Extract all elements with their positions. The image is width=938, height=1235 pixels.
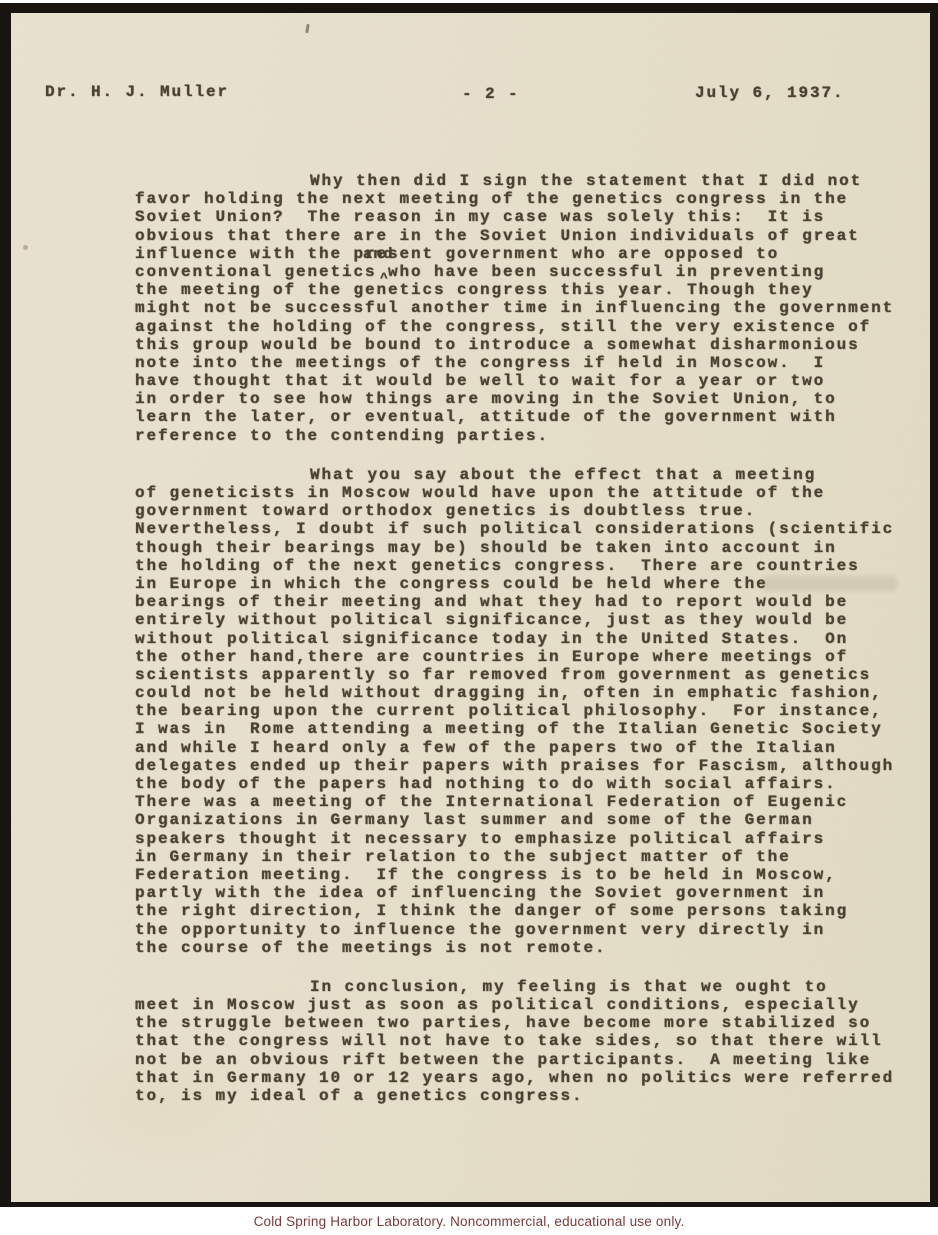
header-addressee: Dr. H. J. Muller: [45, 83, 229, 101]
text-line: not be an obvious rift between the parti…: [135, 1051, 925, 1069]
text-line: in Europe in which the congress could be…: [135, 575, 925, 593]
text-line: In conclusion, my feeling is that we oug…: [135, 978, 925, 996]
text-line: favor holding the next meeting of the ge…: [135, 190, 925, 208]
footer-bar: Cold Spring Harbor Laboratory. Noncommer…: [0, 1207, 938, 1235]
text-line: the struggle between two parties, have b…: [135, 1014, 925, 1032]
text-line: though their bearings may be) should be …: [135, 539, 925, 557]
text-line: There was a meeting of the International…: [135, 793, 925, 811]
text-line: the opportunity to influence the governm…: [135, 921, 925, 939]
header-page-number: - 2 -: [462, 85, 520, 103]
text-line: learn the later, or eventual, attitude o…: [135, 408, 925, 426]
text-line: that the congress will not have to take …: [135, 1032, 925, 1050]
ink-speck: [305, 24, 310, 33]
credit-line: Cold Spring Harbor Laboratory. Noncommer…: [254, 1214, 685, 1229]
text-line: delegates ended up their papers with pra…: [135, 757, 925, 775]
text-line: against the holding of the congress, sti…: [135, 318, 925, 336]
text-line: and while I heard only a few of the pape…: [135, 739, 925, 757]
ink-speck: [23, 245, 28, 250]
header-date: July 6, 1937.: [695, 84, 845, 102]
text-line: partly with the idea of influencing the …: [135, 884, 925, 902]
text-line: meet in Moscow just as soon as political…: [135, 996, 925, 1014]
text-line: Federation meeting. If the congress is t…: [135, 866, 925, 884]
scanned-letter-page: { "scan": { "header": { "addressee": "Dr…: [0, 0, 938, 1235]
text-line: Why then did I sign the statement that I…: [135, 172, 925, 190]
text-line: have thought that it would be well to wa…: [135, 372, 925, 390]
paragraph: Why then did I sign the statement that I…: [135, 172, 925, 445]
text-line: this group would be bound to introduce a…: [135, 336, 925, 354]
text-line: the holding of the next genetics congres…: [135, 557, 925, 575]
text-line: scientists apparently so far removed fro…: [135, 666, 925, 684]
text-line: could not be held without dragging in, o…: [135, 684, 925, 702]
letter-body: and ^ Why then did I sign the statement …: [135, 172, 925, 1126]
text-line: in order to see how things are moving in…: [135, 390, 925, 408]
paragraph: In conclusion, my feeling is that we oug…: [135, 978, 925, 1105]
text-line: bearings of their meeting and what they …: [135, 593, 925, 611]
text-line: might not be successful another time in …: [135, 299, 925, 317]
text-line: in Germany in their relation to the subj…: [135, 848, 925, 866]
text-line: note into the meetings of the congress i…: [135, 354, 925, 372]
text-line: of geneticists in Moscow would have upon…: [135, 484, 925, 502]
text-line: entirely without political significance,…: [135, 611, 925, 629]
insertion-caret-mark: ^: [380, 271, 390, 286]
text-line: I was in Rome attending a meeting of the…: [135, 720, 925, 738]
text-line: What you say about the effect that a mee…: [135, 466, 925, 484]
text-line: to, is my ideal of a genetics congress.: [135, 1087, 925, 1105]
text-line: government toward orthodox genetics is d…: [135, 502, 925, 520]
scan-border: Dr. H. J. Muller - 2 - July 6, 1937. and…: [0, 3, 938, 1207]
text-line: the right direction, I think the danger …: [135, 902, 925, 920]
text-line: obvious that there are in the Soviet Uni…: [135, 227, 925, 245]
text-line: Soviet Union? The reason in my case was …: [135, 208, 925, 226]
text-line: the course of the meetings is not remote…: [135, 939, 925, 957]
text-line: Nevertheless, I doubt if such political …: [135, 520, 925, 538]
text-line: speakers thought it necessary to emphasi…: [135, 830, 925, 848]
text-line: influence with the present government wh…: [135, 245, 925, 263]
letter-paper: Dr. H. J. Muller - 2 - July 6, 1937. and…: [11, 13, 930, 1202]
text-line: the other hand,there are countries in Eu…: [135, 648, 925, 666]
typed-insertion-word: and: [363, 246, 394, 263]
text-line: conventional genetics who have been succ…: [135, 263, 925, 281]
text-line: the meeting of the genetics congress thi…: [135, 281, 925, 299]
text-line: Organizations in Germany last summer and…: [135, 811, 925, 829]
text-line: that in Germany 10 or 12 years ago, when…: [135, 1069, 925, 1087]
paragraph: What you say about the effect that a mee…: [135, 466, 925, 957]
text-line: without political significance today in …: [135, 630, 925, 648]
text-line: reference to the contending parties.: [135, 427, 925, 445]
text-line: the bearing upon the current political p…: [135, 702, 925, 720]
text-line: the body of the papers had nothing to do…: [135, 775, 925, 793]
